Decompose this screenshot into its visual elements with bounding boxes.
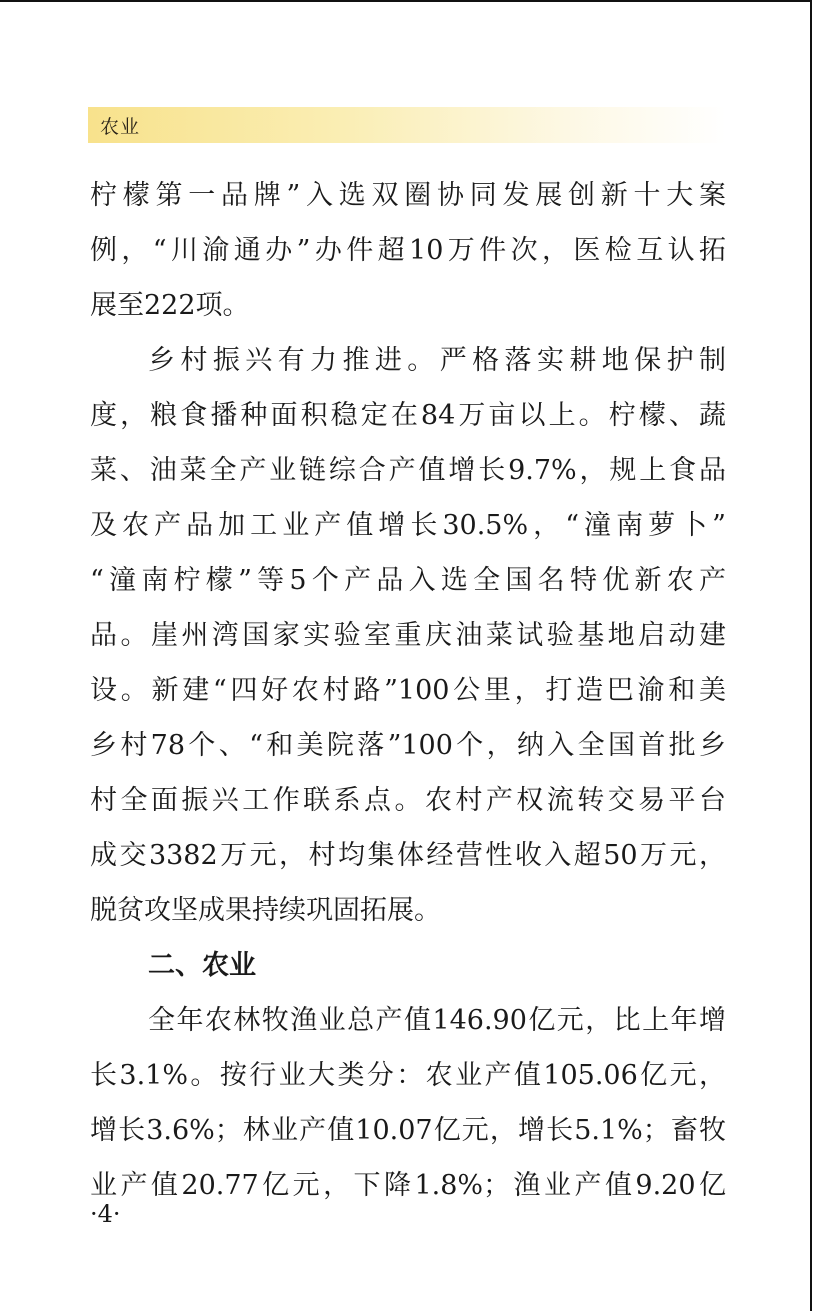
- text-line: 增长3.6%；林业产值10.07亿元，增长5.1%；畜牧: [90, 1103, 726, 1158]
- text-line: 业产值20.77亿元，下降1.8%；渔业产值9.20亿: [90, 1158, 726, 1213]
- text-line: 乡村振兴有力推进。严格落实耕地保护制: [90, 333, 726, 388]
- text-line: 设。新建“四好农村路”100公里，打造巴渝和美: [90, 663, 726, 718]
- text-line: 例，“川渝通办”办件超10万件次，医检互认拓: [90, 223, 726, 278]
- text-line: 展至222项。: [90, 278, 726, 333]
- text-line: 村全面振兴工作联系点。农村产权流转交易平台: [90, 773, 726, 828]
- text-line: “潼南柠檬”等5个产品入选全国名特优新农产: [90, 553, 726, 608]
- document-body: 柠檬第一品牌”入选双圈协同发展创新十大案 例，“川渝通办”办件超10万件次，医检…: [90, 168, 726, 1213]
- text-line: 及农产品加工业产值增长30.5%，“潼南萝卜”: [90, 498, 726, 553]
- text-line: 乡村78个、“和美院落”100个，纳入全国首批乡: [90, 718, 726, 773]
- text-line: 菜、油菜全产业链综合产值增长9.7%，规上食品: [90, 443, 726, 498]
- page-number: ·4·: [90, 1200, 121, 1228]
- text-line: 脱贫攻坚成果持续巩固拓展。: [90, 883, 726, 938]
- section-header-label: 农业: [100, 112, 140, 139]
- text-line: 品。崖州湾国家实验室重庆油菜试验基地启动建: [90, 608, 726, 663]
- section-heading: 二、农业: [90, 938, 726, 993]
- section-header-band: 农业: [88, 107, 726, 143]
- text-line: 长3.1%。按行业大类分：农业产值105.06亿元，: [90, 1048, 726, 1103]
- text-line: 柠檬第一品牌”入选双圈协同发展创新十大案: [90, 168, 726, 223]
- text-line: 全年农林牧渔业总产值146.90亿元，比上年增: [90, 993, 726, 1048]
- text-line: 度，粮食播种面积稳定在84万亩以上。柠檬、蔬: [90, 388, 726, 443]
- text-line: 成交3382万元，村均集体经营性收入超50万元，: [90, 828, 726, 883]
